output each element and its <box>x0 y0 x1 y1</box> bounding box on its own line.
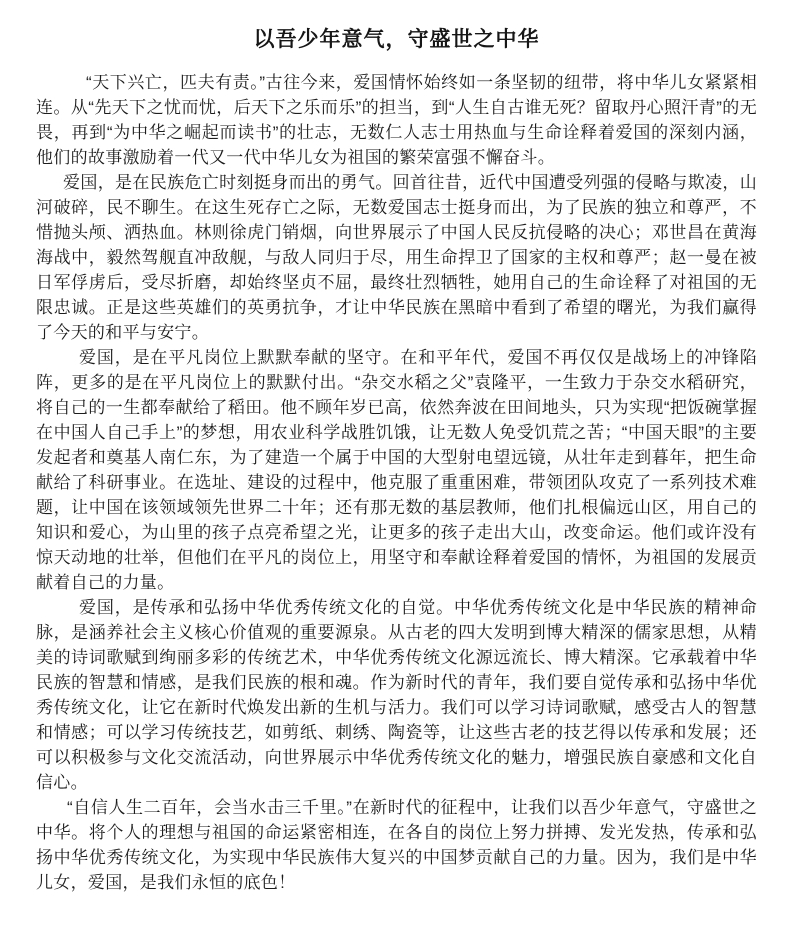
document-title: 以吾少年意气，守盛世之中华 <box>36 26 757 54</box>
paragraph-dedication: 爱国，是在平凡岗位上默默奉献的坚守。在和平年代，爱国不再仅仅是战场上的冲锋陷阵，… <box>36 345 757 595</box>
paragraph-conclusion: “自信人生二百年，会当水击三千里。”在新时代的征程中，让我们以吾少年意气，守盛世… <box>36 795 757 895</box>
paragraph-courage: 爱国，是在民族危亡时刻挺身而出的勇气。回首往昔，近代中国遭受列强的侵略与欺凌，山… <box>36 170 757 345</box>
document-page: 以吾少年意气，守盛世之中华 “天下兴亡，匹夫有责。”古往今来，爱国情怀始终如一条… <box>0 0 799 925</box>
paragraph-culture: 爱国，是传承和弘扬中华优秀传统文化的自觉。中华优秀传统文化是中华民族的精神命脉，… <box>36 595 757 795</box>
paragraph-intro: “天下兴亡，匹夫有责。”古往今来，爱国情怀始终如一条坚韧的纽带，将中华儿女紧紧相… <box>36 70 757 170</box>
